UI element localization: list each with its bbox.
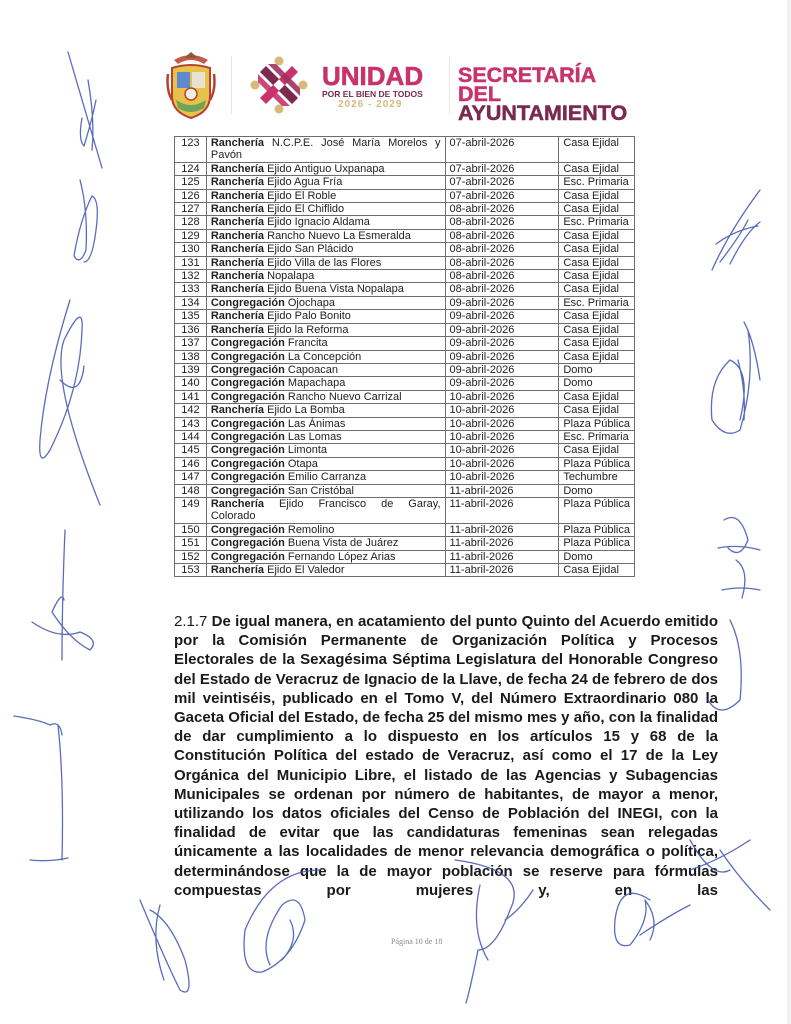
date-cell: 09-abril-2026 [445, 296, 559, 309]
row-number: 139 [175, 363, 207, 376]
row-number: 129 [175, 229, 207, 242]
locality-cell: Ranchería Nopalapa [206, 270, 445, 283]
locality-type: Congregación [211, 444, 285, 456]
header-separator [231, 56, 232, 114]
date-cell: 11-abril-2026 [445, 523, 559, 536]
locality-name: Rancho Nuevo Carrizal [288, 391, 402, 403]
page-edge [787, 0, 791, 1024]
locality-type: Congregación [211, 418, 285, 430]
locality-type: Ranchería [211, 283, 264, 295]
locality-cell: Ranchería Ejido La Bomba [206, 404, 445, 417]
secretaria-line2: AYUNTAMIENTO [458, 104, 640, 123]
date-cell: 09-abril-2026 [445, 363, 559, 376]
section-paragraph: 2.1.7 De igual manera, en acatamiento de… [174, 612, 718, 900]
header-separator [449, 56, 450, 114]
locality-type: Congregación [211, 537, 285, 549]
venue-cell: Casa Ejidal [559, 444, 635, 457]
locality-type: Congregación [211, 485, 285, 497]
row-number: 152 [175, 550, 207, 563]
locality-cell: Ranchería Ejido Ignacio Aldama [206, 216, 445, 229]
locality-cell: Ranchería Rancho Nuevo La Esmeralda [206, 229, 445, 242]
row-number: 141 [175, 390, 207, 403]
locality-cell: Ranchería Ejido El Chiflido [206, 203, 445, 216]
date-cell: 08-abril-2026 [445, 203, 559, 216]
date-cell: 10-abril-2026 [445, 390, 559, 403]
table-row: 134Congregación Ojochapa09-abril-2026Esc… [175, 296, 635, 309]
date-cell: 09-abril-2026 [445, 350, 559, 363]
row-number: 134 [175, 296, 207, 309]
locality-type: Congregación [211, 524, 285, 536]
table-row: 153Ranchería Ejido El Valedor11-abril-20… [175, 564, 635, 577]
table-row: 148Congregación San Cristóbal11-abril-20… [175, 484, 635, 497]
localities-schedule-table: 123Ranchería N.C.P.E. José María Morelos… [174, 136, 635, 577]
venue-cell: Plaza Pública [559, 497, 635, 523]
locality-type: Congregación [211, 458, 285, 470]
locality-cell: Congregación San Cristóbal [206, 484, 445, 497]
venue-cell: Casa Ejidal [559, 404, 635, 417]
locality-type: Congregación [211, 337, 285, 349]
locality-name: Ejido Villa de las Flores [267, 257, 381, 269]
date-cell: 10-abril-2026 [445, 471, 559, 484]
locality-type: Ranchería [211, 163, 264, 175]
locality-name: Remolino [288, 524, 334, 536]
date-cell: 10-abril-2026 [445, 457, 559, 470]
table-row: 133Ranchería Ejido Buena Vista Nopalapa0… [175, 283, 635, 296]
locality-type: Ranchería [211, 498, 264, 510]
table-row: 132Ranchería Nopalapa08-abril-2026Casa E… [175, 270, 635, 283]
row-number: 145 [175, 444, 207, 457]
date-cell: 10-abril-2026 [445, 430, 559, 443]
locality-type: Congregación [211, 377, 285, 389]
locality-cell: Congregación Remolino [206, 523, 445, 536]
venue-cell: Casa Ejidal [559, 189, 635, 202]
locality-type: Ranchería [211, 404, 264, 416]
table-row: 142Ranchería Ejido La Bomba10-abril-2026… [175, 404, 635, 417]
row-number: 150 [175, 523, 207, 536]
locality-type: Ranchería [211, 230, 264, 242]
venue-cell: Plaza Pública [559, 537, 635, 550]
venue-cell: Casa Ejidal [559, 270, 635, 283]
row-number: 146 [175, 457, 207, 470]
unidad-logo-icon [250, 56, 308, 114]
locality-name: Buena Vista de Juárez [288, 537, 398, 549]
locality-type: Congregación [211, 351, 285, 363]
locality-type: Congregación [211, 364, 285, 376]
locality-type: Congregación [211, 297, 285, 309]
locality-name: Otapa [288, 458, 318, 470]
secretaria-wordmark: SECRETARÍA DEL AYUNTAMIENTO [458, 66, 640, 123]
locality-cell: Ranchería Ejido la Reforma [206, 323, 445, 336]
locality-name: La Concepción [288, 351, 361, 363]
locality-type: Congregación [211, 551, 285, 563]
date-cell: 11-abril-2026 [445, 564, 559, 577]
date-cell: 07-abril-2026 [445, 162, 559, 175]
unidad-years: 2026 - 2029 [322, 99, 423, 111]
venue-cell: Domo [559, 363, 635, 376]
venue-cell: Casa Ejidal [559, 564, 635, 577]
row-number: 149 [175, 497, 207, 523]
venue-cell: Casa Ejidal [559, 256, 635, 269]
table-row: 141Congregación Rancho Nuevo Carrizal10-… [175, 390, 635, 403]
table-row: 127Ranchería Ejido El Chiflido08-abril-2… [175, 203, 635, 216]
row-number: 136 [175, 323, 207, 336]
venue-cell: Techumbre [559, 471, 635, 484]
locality-name: Ejido San Plácido [267, 243, 353, 255]
table-row: 124Ranchería Ejido Antiguo Uxpanapa07-ab… [175, 162, 635, 175]
table-row: 129Ranchería Rancho Nuevo La Esmeralda08… [175, 229, 635, 242]
locality-cell: Congregación Buena Vista de Juárez [206, 537, 445, 550]
locality-cell: Ranchería Ejido Palo Bonito [206, 310, 445, 323]
row-number: 125 [175, 176, 207, 189]
locality-name: Mapachapa [288, 377, 346, 389]
locality-type: Congregación [211, 391, 285, 403]
locality-cell: Congregación Francita [206, 337, 445, 350]
locality-type: Ranchería [211, 243, 264, 255]
row-number: 143 [175, 417, 207, 430]
locality-name: Ejido El Valedor [267, 564, 344, 576]
unidad-wordmark: UNIDAD POR EL BIEN DE TODOS 2026 - 2029 [322, 64, 423, 111]
locality-name: Emilio Carranza [288, 471, 366, 483]
locality-name: Ejido Palo Bonito [267, 310, 351, 322]
venue-cell: Casa Ejidal [559, 243, 635, 256]
venue-cell: Casa Ejidal [559, 323, 635, 336]
date-cell: 11-abril-2026 [445, 497, 559, 523]
locality-type: Congregación [211, 431, 285, 443]
table-row: 143Congregación Las Ánimas10-abril-2026P… [175, 417, 635, 430]
locality-name: San Cristóbal [288, 485, 354, 497]
locality-name: Limonta [288, 444, 327, 456]
row-number: 123 [175, 137, 207, 163]
locality-name: Ejido Agua Fría [267, 176, 342, 188]
table-row: 137Congregación Francita09-abril-2026Cas… [175, 337, 635, 350]
locality-name: Las Ánimas [288, 418, 345, 430]
venue-cell: Casa Ejidal [559, 162, 635, 175]
table-row: 131Ranchería Ejido Villa de las Flores08… [175, 256, 635, 269]
venue-cell: Casa Ejidal [559, 203, 635, 216]
locality-type: Ranchería [211, 216, 264, 228]
row-number: 148 [175, 484, 207, 497]
venue-cell: Casa Ejidal [559, 229, 635, 242]
locality-type: Ranchería [211, 203, 264, 215]
date-cell: 10-abril-2026 [445, 444, 559, 457]
row-number: 144 [175, 430, 207, 443]
locality-cell: Congregación Fernando López Arias [206, 550, 445, 563]
locality-cell: Congregación Rancho Nuevo Carrizal [206, 390, 445, 403]
row-number: 138 [175, 350, 207, 363]
locality-name: Las Lomas [288, 431, 342, 443]
locality-name: Fernando López Arias [288, 551, 396, 563]
date-cell: 08-abril-2026 [445, 256, 559, 269]
date-cell: 09-abril-2026 [445, 310, 559, 323]
locality-cell: Congregación Otapa [206, 457, 445, 470]
locality-cell: Congregación Emilio Carranza [206, 471, 445, 484]
venue-cell: Casa Ejidal [559, 310, 635, 323]
row-number: 133 [175, 283, 207, 296]
venue-cell: Casa Ejidal [559, 350, 635, 363]
document-header: UNIDAD POR EL BIEN DE TODOS 2026 - 2029 … [160, 44, 640, 124]
table-row: 140Congregación Mapachapa09-abril-2026Do… [175, 377, 635, 390]
table-row: 145Congregación Limonta10-abril-2026Casa… [175, 444, 635, 457]
table-row: 123Ranchería N.C.P.E. José María Morelos… [175, 137, 635, 163]
date-cell: 08-abril-2026 [445, 270, 559, 283]
locality-cell: Ranchería Ejido San Plácido [206, 243, 445, 256]
table-row: 144Congregación Las Lomas10-abril-2026Es… [175, 430, 635, 443]
row-number: 132 [175, 270, 207, 283]
locality-cell: Congregación La Concepción [206, 350, 445, 363]
date-cell: 08-abril-2026 [445, 229, 559, 242]
row-number: 126 [175, 189, 207, 202]
locality-cell: Ranchería Ejido Francisco de Garay, Colo… [206, 497, 445, 523]
date-cell: 08-abril-2026 [445, 283, 559, 296]
venue-cell: Domo [559, 377, 635, 390]
locality-type: Ranchería [211, 257, 264, 269]
locality-type: Ranchería [211, 324, 264, 336]
locality-type: Ranchería [211, 310, 264, 322]
table-row: 149Ranchería Ejido Francisco de Garay, C… [175, 497, 635, 523]
locality-cell: Ranchería Ejido Buena Vista Nopalapa [206, 283, 445, 296]
venue-cell: Esc. Primaria [559, 296, 635, 309]
table-row: 138Congregación La Concepción09-abril-20… [175, 350, 635, 363]
locality-name: Capoacan [288, 364, 338, 376]
locality-name: Ejido Antiguo Uxpanapa [267, 163, 384, 175]
table-row: 125Ranchería Ejido Agua Fría07-abril-202… [175, 176, 635, 189]
locality-cell: Congregación Mapachapa [206, 377, 445, 390]
locality-cell: Congregación Las Ánimas [206, 417, 445, 430]
venue-cell: Plaza Pública [559, 417, 635, 430]
row-number: 124 [175, 162, 207, 175]
locality-type: Ranchería [211, 176, 264, 188]
coat-of-arms-icon [166, 50, 216, 120]
date-cell: 09-abril-2026 [445, 323, 559, 336]
date-cell: 11-abril-2026 [445, 484, 559, 497]
date-cell: 10-abril-2026 [445, 417, 559, 430]
venue-cell: Esc. Primaria [559, 430, 635, 443]
date-cell: 07-abril-2026 [445, 137, 559, 163]
locality-cell: Ranchería Ejido El Roble [206, 189, 445, 202]
venue-cell: Casa Ejidal [559, 283, 635, 296]
locality-type: Ranchería [211, 190, 264, 202]
row-number: 130 [175, 243, 207, 256]
locality-cell: Ranchería Ejido El Valedor [206, 564, 445, 577]
table-row: 130Ranchería Ejido San Plácido08-abril-2… [175, 243, 635, 256]
locality-cell: Congregación Capoacan [206, 363, 445, 376]
locality-name: Nopalapa [267, 270, 314, 282]
date-cell: 10-abril-2026 [445, 404, 559, 417]
table-row: 139Congregación Capoacan09-abril-2026Dom… [175, 363, 635, 376]
row-number: 151 [175, 537, 207, 550]
date-cell: 11-abril-2026 [445, 550, 559, 563]
row-number: 142 [175, 404, 207, 417]
table-row: 135Ranchería Ejido Palo Bonito09-abril-2… [175, 310, 635, 323]
locality-name: Francita [288, 337, 328, 349]
table-row: 146Congregación Otapa10-abril-2026Plaza … [175, 457, 635, 470]
locality-type: Ranchería [211, 270, 264, 282]
locality-type: Ranchería [211, 564, 264, 576]
row-number: 127 [175, 203, 207, 216]
locality-name: Rancho Nuevo La Esmeralda [267, 230, 411, 242]
date-cell: 07-abril-2026 [445, 176, 559, 189]
venue-cell: Casa Ejidal [559, 337, 635, 350]
date-cell: 07-abril-2026 [445, 189, 559, 202]
locality-name: Ejido la Reforma [267, 324, 348, 336]
date-cell: 09-abril-2026 [445, 377, 559, 390]
locality-cell: Ranchería N.C.P.E. José María Morelos y … [206, 137, 445, 163]
locality-cell: Ranchería Ejido Agua Fría [206, 176, 445, 189]
locality-type: Ranchería [211, 137, 264, 149]
locality-cell: Congregación Las Lomas [206, 430, 445, 443]
row-number: 147 [175, 471, 207, 484]
locality-cell: Ranchería Ejido Villa de las Flores [206, 256, 445, 269]
date-cell: 11-abril-2026 [445, 537, 559, 550]
section-text: De igual manera, en acatamiento del punt… [174, 613, 718, 899]
locality-name: Ejido Ignacio Aldama [267, 216, 370, 228]
locality-name: Ojochapa [288, 297, 335, 309]
secretaria-line1: SECRETARÍA DEL [458, 66, 640, 104]
table-row: 126Ranchería Ejido El Roble07-abril-2026… [175, 189, 635, 202]
unidad-title: UNIDAD [322, 64, 423, 88]
venue-cell: Plaza Pública [559, 523, 635, 536]
table-row: 128Ranchería Ejido Ignacio Aldama08-abri… [175, 216, 635, 229]
venue-cell: Casa Ejidal [559, 390, 635, 403]
table-row: 150Congregación Remolino11-abril-2026Pla… [175, 523, 635, 536]
table-row: 152Congregación Fernando López Arias11-a… [175, 550, 635, 563]
table-row: 151Congregación Buena Vista de Juárez11-… [175, 537, 635, 550]
locality-name: Ejido El Chiflido [267, 203, 344, 215]
locality-cell: Ranchería Ejido Antiguo Uxpanapa [206, 162, 445, 175]
locality-type: Congregación [211, 471, 285, 483]
venue-cell: Plaza Pública [559, 457, 635, 470]
table-row: 147Congregación Emilio Carranza10-abril-… [175, 471, 635, 484]
venue-cell: Casa Ejidal [559, 137, 635, 163]
row-number: 135 [175, 310, 207, 323]
locality-cell: Congregación Ojochapa [206, 296, 445, 309]
unidad-subtitle: POR EL BIEN DE TODOS [322, 89, 423, 99]
locality-name: Ejido El Roble [267, 190, 336, 202]
table-row: 136Ranchería Ejido la Reforma09-abril-20… [175, 323, 635, 336]
section-number: 2.1.7 [174, 613, 207, 630]
locality-name: Ejido La Bomba [267, 404, 345, 416]
table-body: 123Ranchería N.C.P.E. José María Morelos… [175, 137, 635, 577]
page-number: Página 10 de 18 [391, 937, 442, 946]
row-number: 128 [175, 216, 207, 229]
date-cell: 08-abril-2026 [445, 216, 559, 229]
row-number: 131 [175, 256, 207, 269]
locality-cell: Congregación Limonta [206, 444, 445, 457]
venue-cell: Esc. Primaria [559, 176, 635, 189]
venue-cell: Esc. Primaria [559, 216, 635, 229]
venue-cell: Domo [559, 550, 635, 563]
locality-name: Ejido Buena Vista Nopalapa [267, 283, 404, 295]
date-cell: 08-abril-2026 [445, 243, 559, 256]
row-number: 153 [175, 564, 207, 577]
venue-cell: Domo [559, 484, 635, 497]
row-number: 137 [175, 337, 207, 350]
row-number: 140 [175, 377, 207, 390]
date-cell: 09-abril-2026 [445, 337, 559, 350]
